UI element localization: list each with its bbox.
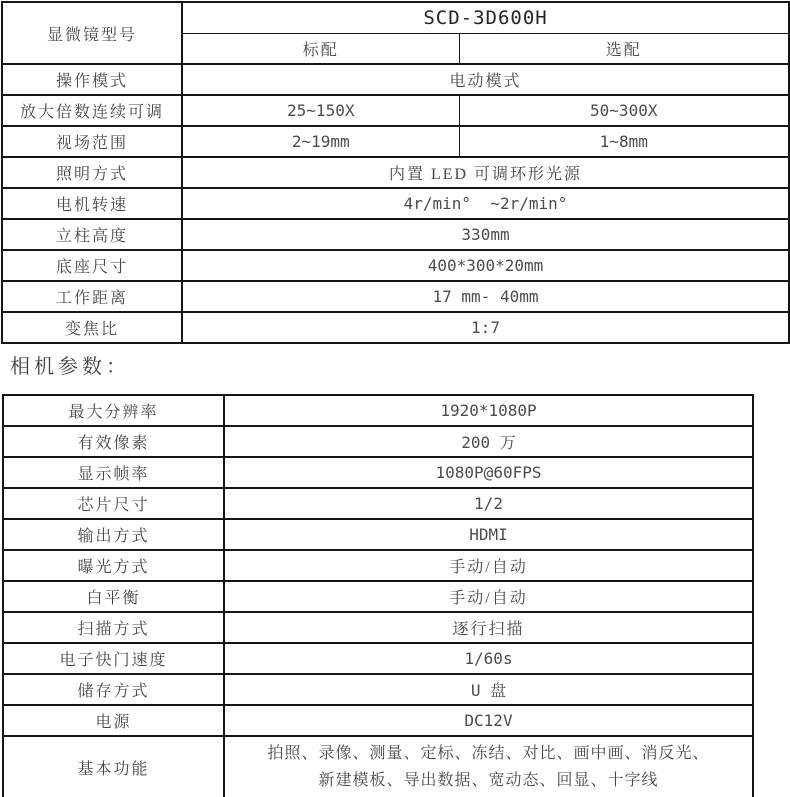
row-label: 曝光方式 <box>3 550 224 581</box>
row-label: 电源 <box>3 705 224 736</box>
row-label: 变焦比 <box>2 312 182 343</box>
table-row: 最大分辨率 1920*1080P <box>3 395 753 426</box>
table-row: 芯片尺寸 1/2 <box>3 488 753 519</box>
row-label: 电子快门速度 <box>3 643 224 674</box>
row-label: 最大分辨率 <box>3 395 224 426</box>
model-value: SCD-3D600H <box>182 2 789 33</box>
row-value-optional: 50~300X <box>459 95 789 126</box>
row-value: 手动/自动 <box>224 550 753 581</box>
row-label: 工作距离 <box>2 281 182 312</box>
table-row: 白平衡 手动/自动 <box>3 581 753 612</box>
row-label: 操作模式 <box>2 64 182 95</box>
row-value-standard: 25~150X <box>182 95 459 126</box>
model-row-label: 显微镜型号 <box>2 2 182 64</box>
table-row: 立柱高度 330mm <box>2 219 789 250</box>
table-row: 显微镜型号 SCD-3D600H <box>2 2 789 33</box>
row-value: 1080P@60FPS <box>224 457 753 488</box>
row-label: 储存方式 <box>3 674 224 705</box>
table-row: 工作距离 17 mm- 40mm <box>2 281 789 312</box>
basic-functions-line-1: 拍照、录像、测量、定标、冻结、对比、画中画、消反光、 <box>225 740 752 767</box>
table-row: 放大倍数连续可调 25~150X 50~300X <box>2 95 789 126</box>
microscope-spec-table: 显微镜型号 SCD-3D600H 标配 选配 操作模式 电动模式 放大倍数连续可… <box>1 1 790 344</box>
row-value: U 盘 <box>224 674 753 705</box>
table-row: 输出方式 HDMI <box>3 519 753 550</box>
table-row: 储存方式 U 盘 <box>3 674 753 705</box>
row-value: 逐行扫描 <box>224 612 753 643</box>
table-row: 电子快门速度 1/60s <box>3 643 753 674</box>
row-label: 放大倍数连续可调 <box>2 95 182 126</box>
row-value: 1:7 <box>182 312 789 343</box>
row-label: 白平衡 <box>3 581 224 612</box>
row-label: 芯片尺寸 <box>3 488 224 519</box>
table-row: 扫描方式 逐行扫描 <box>3 612 753 643</box>
table-row: 有效像素 200 万 <box>3 426 753 457</box>
standard-config-header: 标配 <box>182 33 459 64</box>
row-value: 200 万 <box>224 426 753 457</box>
row-label: 有效像素 <box>3 426 224 457</box>
row-value: 17 mm- 40mm <box>182 281 789 312</box>
table-row: 操作模式 电动模式 <box>2 64 789 95</box>
table-row: 电源 DC12V <box>3 705 753 736</box>
row-value: 4r/min° ~2r/min° <box>182 188 789 219</box>
row-value: 1/2 <box>224 488 753 519</box>
row-value: 手动/自动 <box>224 581 753 612</box>
row-value-standard: 2~19mm <box>182 126 459 157</box>
row-label: 输出方式 <box>3 519 224 550</box>
row-label: 电机转速 <box>2 188 182 219</box>
row-value-optional: 1~8mm <box>459 126 789 157</box>
row-value: 电动模式 <box>182 64 789 95</box>
row-label: 显示帧率 <box>3 457 224 488</box>
row-label: 照明方式 <box>2 157 182 188</box>
table-row: 基本功能 拍照、录像、测量、定标、冻结、对比、画中画、消反光、 新建模板、导出数… <box>3 736 753 797</box>
table-row: 照明方式 内置 LED 可调环形光源 <box>2 157 789 188</box>
optional-config-header: 选配 <box>459 33 789 64</box>
table-row: 变焦比 1:7 <box>2 312 789 343</box>
table-row: 曝光方式 手动/自动 <box>3 550 753 581</box>
row-label: 视场范围 <box>2 126 182 157</box>
row-value: 内置 LED 可调环形光源 <box>182 157 789 188</box>
row-label: 立柱高度 <box>2 219 182 250</box>
row-value: HDMI <box>224 519 753 550</box>
table-row: 底座尺寸 400*300*20mm <box>2 250 789 281</box>
row-value: 400*300*20mm <box>182 250 789 281</box>
camera-spec-table: 最大分辨率 1920*1080P 有效像素 200 万 显示帧率 1080P@6… <box>2 394 754 797</box>
basic-functions-line-2: 新建模板、导出数据、宽动态、回显、十字线 <box>225 767 752 794</box>
row-label: 底座尺寸 <box>2 250 182 281</box>
table-row: 显示帧率 1080P@60FPS <box>3 457 753 488</box>
row-value-basic-functions: 拍照、录像、测量、定标、冻结、对比、画中画、消反光、 新建模板、导出数据、宽动态… <box>224 736 753 797</box>
row-value: 330mm <box>182 219 789 250</box>
camera-params-heading: 相机参数： <box>10 350 130 379</box>
table-row: 电机转速 4r/min° ~2r/min° <box>2 188 789 219</box>
row-value: 1/60s <box>224 643 753 674</box>
table-row: 视场范围 2~19mm 1~8mm <box>2 126 789 157</box>
row-label: 基本功能 <box>3 736 224 797</box>
row-value: DC12V <box>224 705 753 736</box>
row-value: 1920*1080P <box>224 395 753 426</box>
row-label: 扫描方式 <box>3 612 224 643</box>
